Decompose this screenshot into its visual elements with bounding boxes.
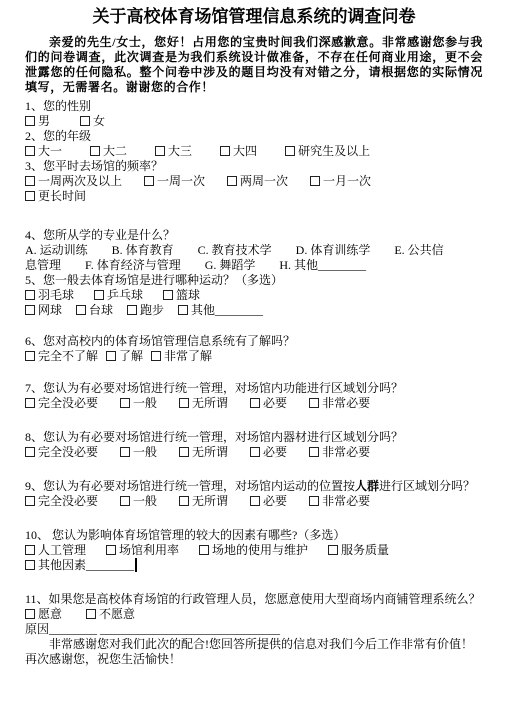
options-text-line: A. 运动训练 B. 体育教育 C. 教育技术学 D. 体育训练学 E. 公共信 <box>25 243 483 258</box>
checkbox-icon[interactable] <box>25 496 35 506</box>
question-label-text: 进行区域划分吗？ <box>379 479 475 493</box>
option-label: 愿意 <box>38 607 62 621</box>
option-label: 羽毛球 <box>38 288 74 302</box>
question-label: 2、您的年级 <box>25 129 483 144</box>
text-cursor <box>135 558 137 572</box>
option-label: 男 <box>38 114 50 128</box>
checkbox-icon[interactable] <box>250 398 260 408</box>
checkbox-icon[interactable] <box>285 146 295 156</box>
fill-in-blank-line[interactable]: 息管理 F. 体育经济与管理 G. 舞蹈学 H. 其他________ <box>25 258 483 273</box>
checkbox-icon[interactable] <box>25 351 35 361</box>
option[interactable]: 完全没必要 <box>25 445 98 459</box>
option[interactable]: 乒乓球 <box>94 288 143 302</box>
option[interactable]: 非常了解 <box>151 349 212 363</box>
option-label: 两周一次 <box>240 174 288 188</box>
question-label: 3、您平时去场馆的频率？ <box>25 159 483 174</box>
question-label-emphasis: 人群 <box>355 479 379 493</box>
checkbox-icon[interactable] <box>25 305 35 315</box>
option-label: 必要 <box>263 396 287 410</box>
checkbox-icon[interactable] <box>120 447 130 457</box>
option-label: 大二 <box>103 144 127 158</box>
options-line: 完全没必要一般无所谓必要非常必要 <box>25 445 483 460</box>
option[interactable]: 一周两次及以上 <box>25 174 122 188</box>
option-label: 一周一次 <box>157 174 205 188</box>
option-label: 人工管理 <box>38 543 86 557</box>
option[interactable]: 场地的使用与维护 <box>199 543 308 557</box>
checkbox-icon[interactable] <box>86 609 96 619</box>
option-label: 必要 <box>263 494 287 508</box>
option[interactable]: 跑步 <box>127 303 164 317</box>
option-label: 其他因素________ <box>38 558 134 572</box>
option-label: 完全不了解 <box>38 349 98 363</box>
checkbox-icon[interactable] <box>199 545 209 555</box>
question-label: 9、您认为有必要对场馆进行统一管理，对场馆内运动的位置按人群进行区域划分吗？ <box>25 479 483 494</box>
question-label-text: 3、您平时去场馆的频率？ <box>25 159 163 173</box>
question-3: 3、您平时去场馆的频率？一周两次及以上一周一次两周一次一月一次更长时间 <box>25 159 483 204</box>
options-line: 完全没必要一般无所谓必要非常必要 <box>25 396 483 411</box>
question-label-text: 11、如果您是高校体育场馆的行政管理人员，您愿意使用大型商场内商铺管理系统么？ <box>25 592 481 606</box>
question-label: 10、 您认为影响体育场馆管理的较大的因素有哪些?（多选） <box>25 528 483 543</box>
question-label-text: 2、您的年级 <box>25 129 91 143</box>
option-label: 跑步 <box>140 303 164 317</box>
checkbox-icon[interactable] <box>25 116 35 126</box>
option-label: 更长时间 <box>38 189 86 203</box>
checkbox-icon[interactable] <box>25 447 35 457</box>
option-label: 完全没必要 <box>38 396 98 410</box>
checkbox-icon[interactable] <box>155 146 165 156</box>
option[interactable]: 不愿意 <box>86 607 135 621</box>
question-label: 4、您所从学的专业是什么？ <box>25 228 483 243</box>
option-label: 篮球 <box>176 288 200 302</box>
checkbox-icon[interactable] <box>220 146 230 156</box>
option-label: 非常必要 <box>322 494 370 508</box>
option-label: 无所谓 <box>192 396 228 410</box>
option[interactable]: 必要 <box>250 396 287 410</box>
questionnaire-document: 关于高校体育场馆管理信息系统的调查问卷 亲爱的先生/女士，您好！占用您的宝贵时间… <box>0 0 507 701</box>
option[interactable]: 篮球 <box>163 288 200 302</box>
option[interactable]: 服务质量 <box>328 543 389 557</box>
option[interactable]: 完全不了解 <box>25 349 98 363</box>
option[interactable]: 场馆利用率 <box>106 543 179 557</box>
checkbox-icon[interactable] <box>76 305 86 315</box>
option[interactable]: 更长时间 <box>25 189 86 203</box>
option[interactable]: 研究生及以上 <box>285 144 370 158</box>
options-line: 人工管理场馆利用率场地的使用与维护服务质量 <box>25 543 483 558</box>
option-label: 大三 <box>168 144 192 158</box>
checkbox-icon[interactable] <box>179 447 189 457</box>
option-label: 大一 <box>38 144 62 158</box>
option[interactable]: 男 <box>25 114 50 128</box>
questions-container: 1、您的性别男女2、您的年级大一大二大三大四研究生及以上3、您平时去场馆的频率？… <box>25 99 483 637</box>
checkbox-icon[interactable] <box>25 290 35 300</box>
checkbox-icon[interactable] <box>179 496 189 506</box>
checkbox-icon[interactable] <box>250 447 260 457</box>
option-label: 非常必要 <box>322 396 370 410</box>
option-label: 场地的使用与维护 <box>212 543 308 557</box>
question-label-text: 4、您所从学的专业是什么？ <box>25 228 175 242</box>
question-label: 7、您认为有必要对场馆进行统一管理，对场馆内功能进行区域划分吗？ <box>25 381 483 396</box>
option-label: 一般 <box>133 396 157 410</box>
checkbox-icon[interactable] <box>25 545 35 555</box>
checkbox-icon[interactable] <box>144 176 154 186</box>
question-label-text: 9、您认为有必要对场馆进行统一管理，对场馆内运动的位置按 <box>25 479 355 493</box>
options-line: 完全不了解了解非常了解 <box>25 349 483 364</box>
options-line: 男女 <box>25 114 483 129</box>
checkbox-icon[interactable] <box>25 146 35 156</box>
option-label: 一月一次 <box>323 174 371 188</box>
option-label: 一般 <box>133 445 157 459</box>
option[interactable]: 了解 <box>106 349 143 363</box>
question-label: 1、您的性别 <box>25 99 483 114</box>
option[interactable]: 一般 <box>120 445 157 459</box>
option[interactable]: 无所谓 <box>179 396 228 410</box>
question-11: 11、如果您是高校体育场馆的行政管理人员，您愿意使用大型商场内商铺管理系统么？愿… <box>25 592 483 637</box>
checkbox-icon[interactable] <box>90 146 100 156</box>
option-label: 网球 <box>38 303 62 317</box>
options-line: 愿意不愿意 <box>25 607 483 622</box>
question-label: 11、如果您是高校体育场馆的行政管理人员，您愿意使用大型商场内商铺管理系统么？ <box>25 592 483 607</box>
option[interactable]: 大四 <box>220 144 257 158</box>
option-label: 女 <box>93 114 105 128</box>
option[interactable]: 人工管理 <box>25 543 86 557</box>
option[interactable]: 大三 <box>155 144 192 158</box>
checkbox-icon[interactable] <box>179 398 189 408</box>
question-label-text: 6、您对高校内的体育场馆管理信息系统有了解吗？ <box>25 334 295 348</box>
option[interactable]: 无所谓 <box>179 494 228 508</box>
checkbox-icon[interactable] <box>309 447 319 457</box>
checkbox-icon[interactable] <box>127 305 137 315</box>
question-label-text: 7、您认为有必要对场馆进行统一管理，对场馆内功能进行区域划分吗？ <box>25 381 403 395</box>
option-label: 非常必要 <box>322 445 370 459</box>
question-label: 8、您认为有必要对场馆进行统一管理，对场馆内器材进行区域划分吗？ <box>25 430 483 445</box>
option[interactable]: 台球 <box>76 303 113 317</box>
option-label: 大四 <box>233 144 257 158</box>
option-label: 完全没必要 <box>38 494 98 508</box>
question-label: 5、您一般去体育场馆是进行哪种运动？（多选） <box>25 273 483 288</box>
option-label: 台球 <box>89 303 113 317</box>
question-1: 1、您的性别男女 <box>25 99 483 129</box>
option-label: 服务质量 <box>341 543 389 557</box>
option-label: 一般 <box>133 494 157 508</box>
document-title: 关于高校体育场馆管理信息系统的调查问卷 <box>25 6 483 28</box>
options-line: 大一大二大三大四研究生及以上 <box>25 144 483 159</box>
checkbox-icon[interactable] <box>178 305 188 315</box>
question-label-text: 10、 您认为影响体育场馆管理的较大的因素有哪些?（多选） <box>25 528 345 542</box>
checkbox-icon[interactable] <box>25 191 35 201</box>
checkbox-icon[interactable] <box>163 290 173 300</box>
option[interactable]: 非常必要 <box>309 494 370 508</box>
option[interactable]: 一周一次 <box>144 174 205 188</box>
checkbox-icon[interactable] <box>151 351 161 361</box>
checkbox-icon[interactable] <box>328 545 338 555</box>
options-line: 更长时间 <box>25 189 483 204</box>
option[interactable]: 完全没必要 <box>25 396 98 410</box>
options-line: 其他因素________ <box>25 558 483 573</box>
options-line: 羽毛球乒乓球篮球 <box>25 288 483 303</box>
option[interactable]: 非常必要 <box>309 445 370 459</box>
checkbox-icon[interactable] <box>25 560 35 570</box>
fill-in-blank-line[interactable]: 原因________ _____________________________… <box>25 622 483 637</box>
option[interactable]: 非常必要 <box>309 396 370 410</box>
option[interactable]: 完全没必要 <box>25 494 98 508</box>
checkbox-icon[interactable] <box>80 116 90 126</box>
options-line: 一周两次及以上一周一次两周一次一月一次 <box>25 174 483 189</box>
option[interactable]: 愿意 <box>25 607 62 621</box>
option-label: 其他________ <box>191 303 263 317</box>
question-4: 4、您所从学的专业是什么？A. 运动训练 B. 体育教育 C. 教育技术学 D.… <box>25 228 483 273</box>
checkbox-icon[interactable] <box>25 398 35 408</box>
question-label-text: 8、您认为有必要对场馆进行统一管理，对场馆内器材进行区域划分吗？ <box>25 430 403 444</box>
question-label: 6、您对高校内的体育场馆管理信息系统有了解吗？ <box>25 334 483 349</box>
option[interactable]: 网球 <box>25 303 62 317</box>
option[interactable]: 女 <box>80 114 105 128</box>
checkbox-icon[interactable] <box>120 496 130 506</box>
option-label: 非常了解 <box>164 349 212 363</box>
question-10: 10、 您认为影响体育场馆管理的较大的因素有哪些?（多选）人工管理场馆利用率场地… <box>25 528 483 573</box>
checkbox-icon[interactable] <box>106 351 116 361</box>
option[interactable]: 必要 <box>250 445 287 459</box>
checkbox-icon[interactable] <box>25 609 35 619</box>
question-7: 7、您认为有必要对场馆进行统一管理，对场馆内功能进行区域划分吗？完全没必要一般无… <box>25 381 483 411</box>
option[interactable]: 一般 <box>120 396 157 410</box>
option-label: 研究生及以上 <box>298 144 370 158</box>
question-5: 5、您一般去体育场馆是进行哪种运动？（多选）羽毛球乒乓球篮球网球台球跑步其他__… <box>25 273 483 318</box>
checkbox-icon[interactable] <box>120 398 130 408</box>
option[interactable]: 大二 <box>90 144 127 158</box>
option-label: 了解 <box>119 349 143 363</box>
option-label: 无所谓 <box>192 445 228 459</box>
checkbox-icon[interactable] <box>310 176 320 186</box>
option[interactable]: 其他因素________ <box>25 558 134 572</box>
option[interactable]: 其他________ <box>178 303 263 317</box>
checkbox-icon[interactable] <box>25 176 35 186</box>
checkbox-icon[interactable] <box>227 176 237 186</box>
question-6: 6、您对高校内的体育场馆管理信息系统有了解吗？完全不了解了解非常了解 <box>25 334 483 364</box>
option[interactable]: 大一 <box>25 144 62 158</box>
option[interactable]: 羽毛球 <box>25 288 74 302</box>
option-label: 场馆利用率 <box>119 543 179 557</box>
option[interactable]: 必要 <box>250 494 287 508</box>
checkbox-icon[interactable] <box>309 496 319 506</box>
question-label-text: 1、您的性别 <box>25 99 91 113</box>
intro-paragraph: 亲爱的先生/女士，您好！占用您的宝贵时间我们深感歉意。非常感谢您参与我们的问卷调… <box>25 35 483 95</box>
option[interactable]: 一般 <box>120 494 157 508</box>
checkbox-icon[interactable] <box>106 545 116 555</box>
option-label: 乒乓球 <box>107 288 143 302</box>
options-line: 网球台球跑步其他________ <box>25 303 483 318</box>
checkbox-icon[interactable] <box>94 290 104 300</box>
options-line: 完全没必要一般无所谓必要非常必要 <box>25 494 483 509</box>
checkbox-icon[interactable] <box>250 496 260 506</box>
option-label: 一周两次及以上 <box>38 174 122 188</box>
checkbox-icon[interactable] <box>309 398 319 408</box>
question-2: 2、您的年级大一大二大三大四研究生及以上 <box>25 129 483 159</box>
closing-paragraph: 非常感谢您对我们此次的配合!您回答所提供的信息对我们今后工作非常有价值！再次感谢… <box>25 637 483 667</box>
option-label: 无所谓 <box>192 494 228 508</box>
question-8: 8、您认为有必要对场馆进行统一管理，对场馆内器材进行区域划分吗？完全没必要一般无… <box>25 430 483 460</box>
option-label: 完全没必要 <box>38 445 98 459</box>
question-9: 9、您认为有必要对场馆进行统一管理，对场馆内运动的位置按人群进行区域划分吗？完全… <box>25 479 483 509</box>
option[interactable]: 无所谓 <box>179 445 228 459</box>
option[interactable]: 一月一次 <box>310 174 371 188</box>
question-label-text: 5、您一般去体育场馆是进行哪种运动？（多选） <box>25 273 283 287</box>
option-label: 必要 <box>263 445 287 459</box>
option-label: 不愿意 <box>99 607 135 621</box>
option[interactable]: 两周一次 <box>227 174 288 188</box>
